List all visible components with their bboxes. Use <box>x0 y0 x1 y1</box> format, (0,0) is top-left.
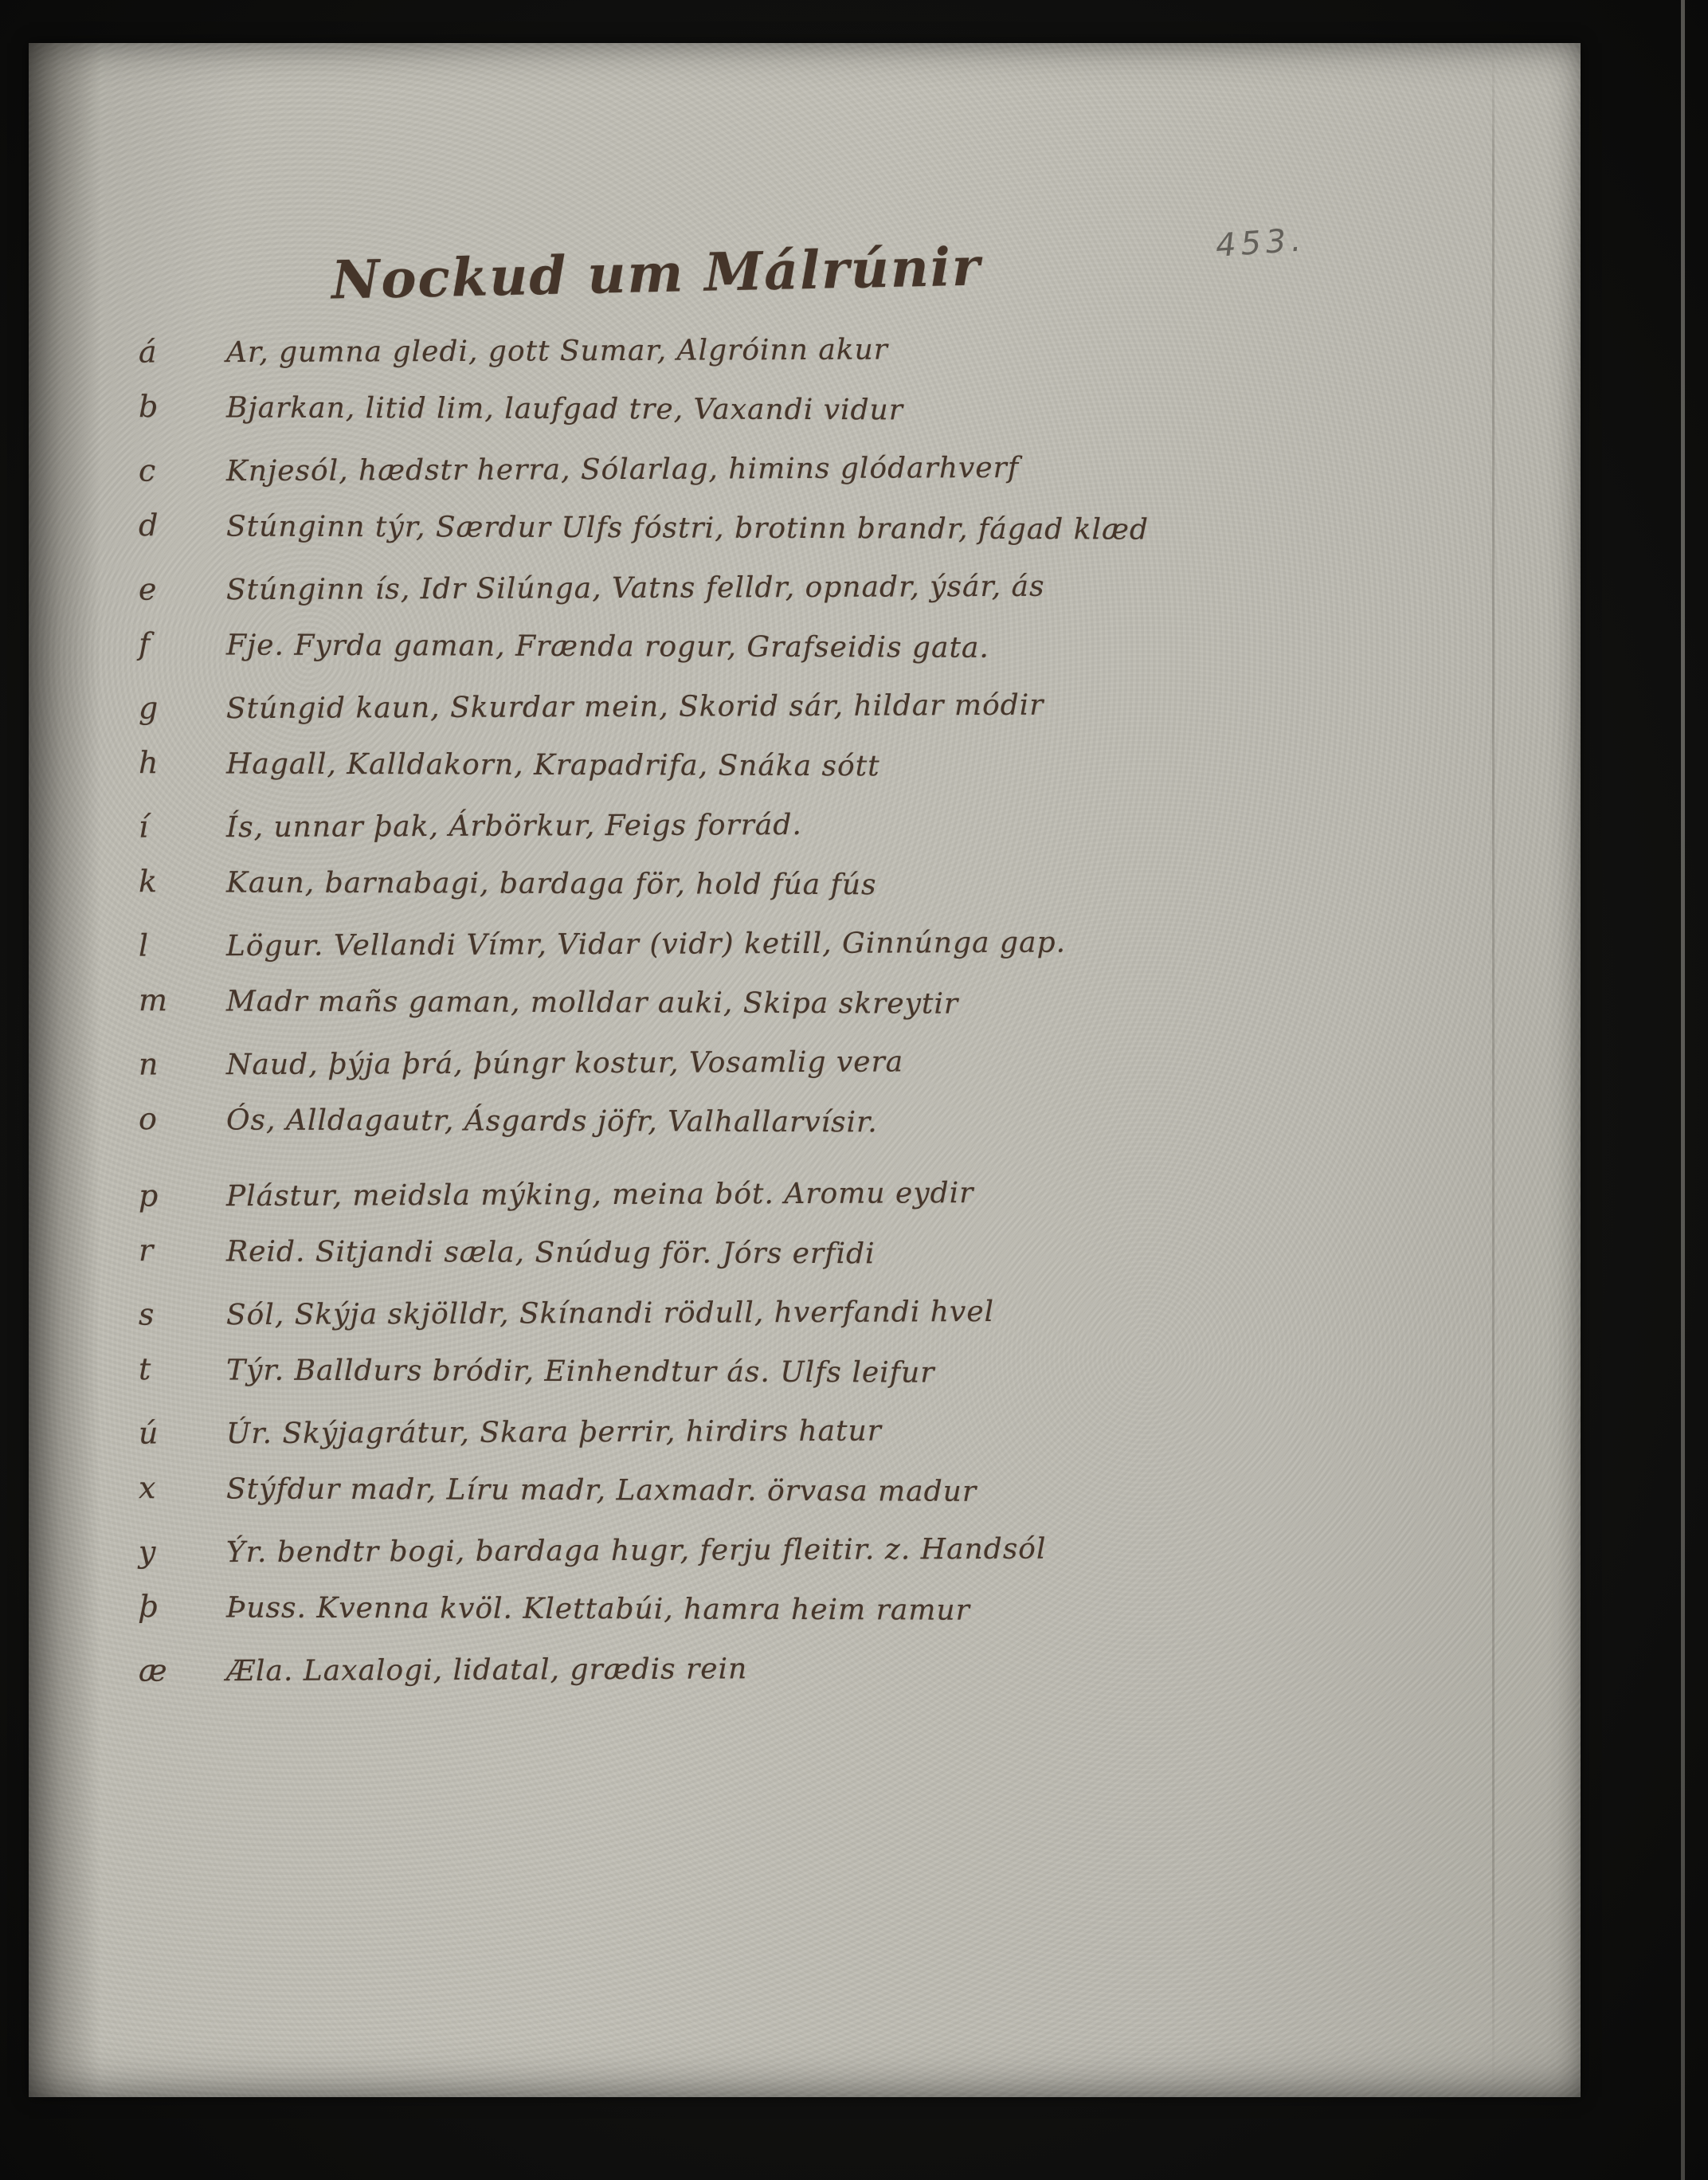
rune-line: yÝr. bendtr bogi, bardaga hugr, ferju fl… <box>116 1528 1485 1594</box>
rune-text: Bjarkan, litid lim, laufgad tre, Vaxandi… <box>226 391 1485 429</box>
rune-line: lLögur. Vellandi Vímr, Vidar (vidr) keti… <box>116 922 1485 987</box>
rune-line: þÞuss. Kvenna kvöl. Klettabúi, hamra hei… <box>116 1589 1485 1653</box>
rune-text: Ís, unnar þak, Árbörkur, Feigs forrád. <box>226 806 1485 844</box>
rune-letter: s <box>116 1296 226 1332</box>
rune-line: kKaun, barnabagi, bardaga för, hold fúa … <box>116 864 1485 927</box>
rune-letter: k <box>116 864 226 899</box>
rune-line: hHagall, Kalldakorn, Krapadrifa, Snáka s… <box>116 745 1485 809</box>
rune-line: nNaud, þýja þrá, þúngr kostur, Vosamlig … <box>116 1041 1485 1106</box>
rune-letter: n <box>116 1046 226 1082</box>
rune-letter: p <box>116 1178 226 1214</box>
rune-lines: áAr, gumna gledi, gott Sumar, Algróinn a… <box>116 331 1485 1710</box>
page-number: 453. <box>1215 222 1307 265</box>
rune-letter: h <box>116 745 226 780</box>
rune-letter: y <box>116 1534 226 1570</box>
rune-letter: o <box>116 1101 226 1136</box>
rune-line: tTýr. Balldurs bródir, Einhendtur ás. Ul… <box>116 1351 1485 1415</box>
rune-text: Ós, Alldagautr, Ásgards jöfr, Valhallarv… <box>226 1104 1485 1141</box>
rune-line: oÓs, Alldagautr, Ásgards jöfr, Valhallar… <box>116 1101 1485 1165</box>
scan-edge-slit <box>1681 0 1685 2180</box>
rune-text: Madr mañs gaman, molldar auki, Skipa skr… <box>226 985 1485 1022</box>
rune-line: pPlástur, meidsla mýking, meina bót. Aro… <box>116 1172 1485 1237</box>
rune-line: eStúnginn ís, Idr Silúnga, Vatns felldr,… <box>116 566 1485 631</box>
rune-line: fFje. Fyrda gaman, Frænda rogur, Grafsei… <box>116 626 1485 690</box>
rune-line: sSól, Skýja skjölldr, Skínandi rödull, h… <box>116 1291 1485 1356</box>
rune-letter: f <box>116 626 226 661</box>
rune-text: Reid. Sitjandi sæla, Snúdug för. Jórs er… <box>226 1235 1485 1272</box>
rune-line: mMadr mañs gaman, molldar auki, Skipa sk… <box>116 982 1485 1046</box>
rune-text: Kaun, barnabagi, bardaga för, hold fúa f… <box>226 866 1485 904</box>
rune-letter: x <box>116 1470 226 1505</box>
paper-fold-line <box>1492 43 1494 2097</box>
rune-line: rReid. Sitjandi sæla, Snúdug för. Jórs e… <box>116 1233 1485 1296</box>
rune-letter: æ <box>116 1653 226 1688</box>
rune-text: Plástur, meidsla mýking, meina bót. Arom… <box>226 1174 1485 1213</box>
rune-text: Naud, þýja þrá, þúngr kostur, Vosamlig v… <box>226 1043 1485 1081</box>
rune-text: Stúngid kaun, Skurdar mein, Skorid sár, … <box>226 687 1485 725</box>
rune-line: æÆla. Laxalogi, lidatal, grædis rein <box>116 1647 1485 1712</box>
rune-text: Stúnginn ís, Idr Silúnga, Vatns felldr, … <box>226 568 1485 606</box>
rune-letter: b <box>116 389 226 424</box>
rune-line: áAr, gumna gledi, gott Sumar, Algróinn a… <box>116 328 1485 394</box>
rune-letter: þ <box>116 1589 226 1624</box>
rune-letter: t <box>116 1351 226 1386</box>
rune-line: cKnjesól, hædstr herra, Sólarlag, himins… <box>116 447 1485 512</box>
binding-gutter-shadow <box>29 43 100 2097</box>
rune-line: íÍs, unnar þak, Árbörkur, Feigs forrád. <box>116 803 1485 868</box>
rune-letter: r <box>116 1233 226 1268</box>
rune-line: gStúngid kaun, Skurdar mein, Skorid sár,… <box>116 684 1485 750</box>
rune-letter: á <box>116 334 226 370</box>
page-title: Nockud um Málrúnir <box>331 235 981 311</box>
rune-text: Stúnginn týr, Særdur Ulfs fóstri, brotin… <box>226 510 1485 547</box>
rune-text: Fje. Fyrda gaman, Frænda rogur, Grafseid… <box>226 629 1485 666</box>
rune-letter: ú <box>116 1415 226 1451</box>
rune-letter: g <box>116 690 226 726</box>
rune-text: Ar, gumna gledi, gott Sumar, Algróinn ak… <box>226 331 1485 369</box>
rune-text: Þuss. Kvenna kvöl. Klettabúi, hamra heim… <box>226 1591 1485 1629</box>
rune-letter: í <box>116 809 226 845</box>
rune-line: dStúnginn týr, Særdur Ulfs fóstri, broti… <box>116 508 1485 571</box>
scan-background: 453. Nockud um Málrúnir áAr, gumna gledi… <box>0 0 1708 2180</box>
rune-letter: d <box>116 508 226 543</box>
rune-text: Úr. Skýjagrátur, Skara þerrir, hirdirs h… <box>226 1412 1485 1450</box>
rune-text: Hagall, Kalldakorn, Krapadrifa, Snáka só… <box>226 747 1485 785</box>
rune-text: Ýr. bendtr bogi, bardaga hugr, ferju fle… <box>226 1531 1485 1569</box>
rune-letter: c <box>116 453 226 488</box>
rune-text: Stýfdur madr, Líru madr, Laxmadr. örvasa… <box>226 1472 1485 1510</box>
rune-text: Týr. Balldurs bródir, Einhendtur ás. Ulf… <box>226 1354 1485 1391</box>
rune-letter: e <box>116 571 226 607</box>
rune-letter: l <box>116 927 226 963</box>
rune-line: xStýfdur madr, Líru madr, Laxmadr. örvas… <box>116 1470 1485 1534</box>
manuscript-page: 453. Nockud um Málrúnir áAr, gumna gledi… <box>29 43 1581 2097</box>
rune-text: Lögur. Vellandi Vímr, Vidar (vidr) ketil… <box>226 924 1485 963</box>
rune-text: Sól, Skýja skjölldr, Skínandi rödull, hv… <box>226 1293 1485 1331</box>
rune-line: úÚr. Skýjagrátur, Skara þerrir, hirdirs … <box>116 1410 1485 1475</box>
rune-letter: m <box>116 982 226 1017</box>
rune-text: Æla. Laxalogi, lidatal, grædis rein <box>226 1649 1485 1688</box>
rune-text: Knjesól, hædstr herra, Sólarlag, himins … <box>226 449 1485 488</box>
rune-line: bBjarkan, litid lim, laufgad tre, Vaxand… <box>116 389 1485 453</box>
